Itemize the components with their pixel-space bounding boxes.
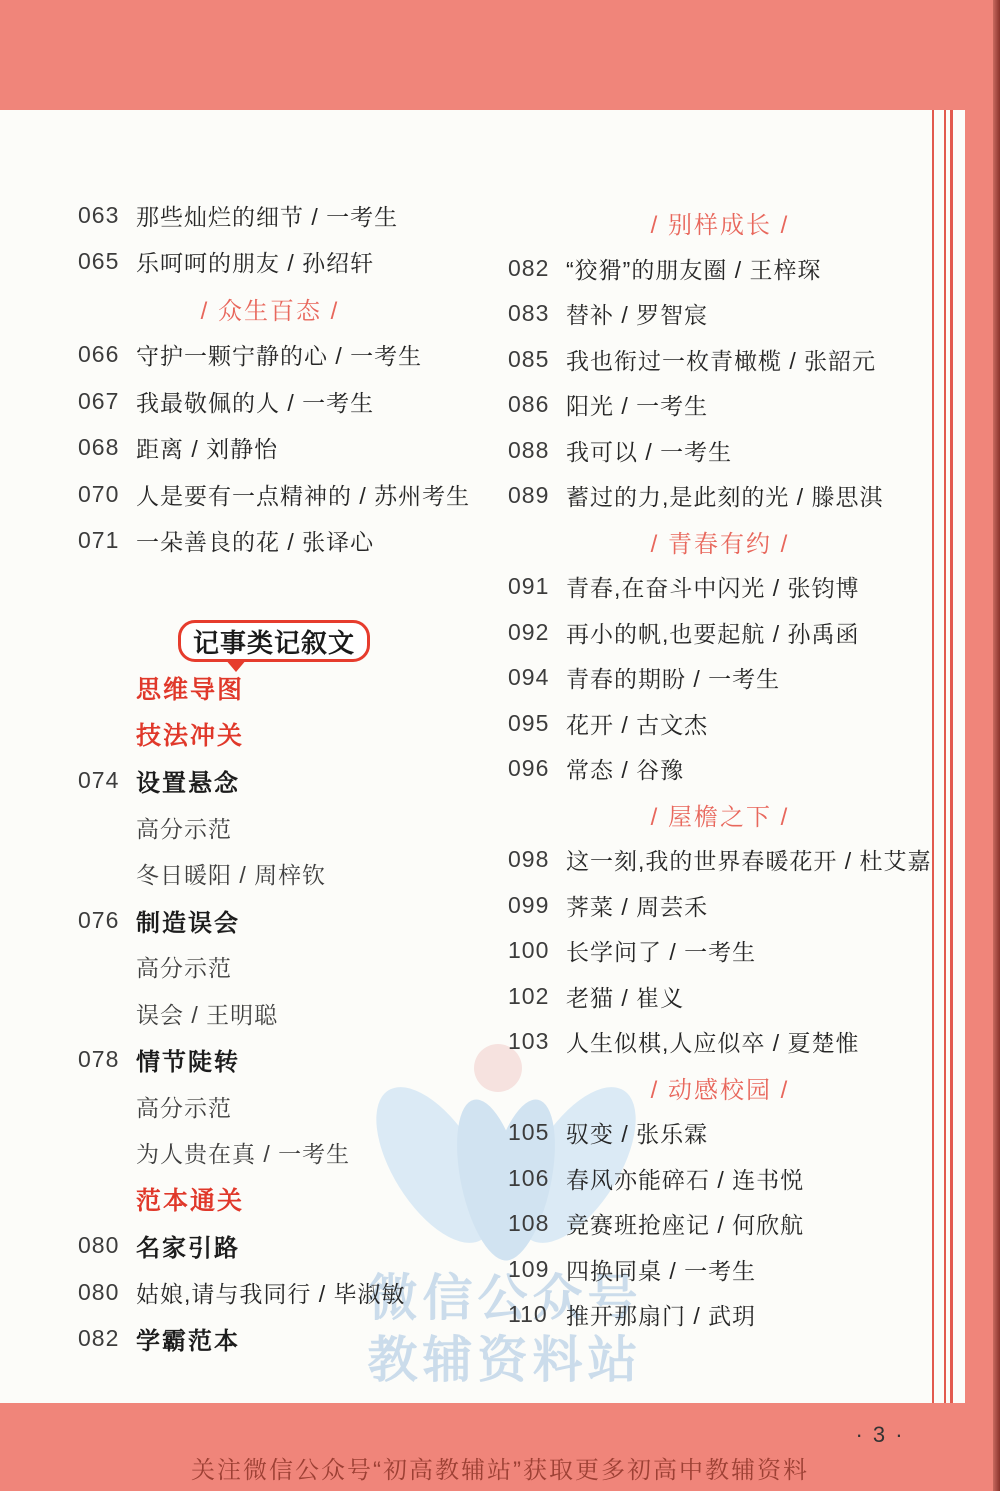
toc-entry-number: 089 xyxy=(508,482,560,509)
toc-entry-title: 我可以 / 一考生 xyxy=(566,434,732,467)
toc-entry: 083替补 / 罗智宸 xyxy=(495,291,945,337)
toc-section-header: / 屋檐之下 / xyxy=(495,792,945,838)
toc-entry-title: 竞赛班抢座记 / 何欣航 xyxy=(566,1207,804,1240)
toc-entry: 074设置悬念 xyxy=(60,758,480,805)
toc-subentry: 误会 / 王明聪 xyxy=(60,990,480,1037)
toc-entry-title: 守护一颗宁静的心 / 一考生 xyxy=(136,338,422,371)
toc-entry-number: 102 xyxy=(508,983,560,1010)
toc-subentry: 高分示范 xyxy=(60,804,480,851)
toc-entry-number: 096 xyxy=(508,755,560,782)
toc-entry-number: 108 xyxy=(508,1210,560,1237)
toc-entry-number: 105 xyxy=(508,1119,560,1146)
chapter-bubble-row: 记事类记叙文 xyxy=(60,618,480,665)
toc-subsection-label: 范本通关 xyxy=(60,1176,480,1223)
toc-entry: 067我最敬佩的人 / 一考生 xyxy=(60,378,480,425)
toc-entry-number: 067 xyxy=(78,388,130,415)
toc-entry-number: 078 xyxy=(78,1046,130,1073)
toc-entry: 078情节陡转 xyxy=(60,1037,480,1084)
toc-entry: 080姑娘,请与我同行 / 毕淑敏 xyxy=(60,1269,480,1316)
toc-entry-number: 086 xyxy=(508,391,560,418)
red-rule-line xyxy=(950,110,953,1403)
toc-entry: 071一朵善良的花 / 张译心 xyxy=(60,518,480,565)
bubble-pointer-icon xyxy=(225,659,247,672)
toc-subentry: 高分示范 xyxy=(60,944,480,991)
toc-entry-number: 098 xyxy=(508,846,560,873)
toc-subentry: 高分示范 xyxy=(60,1083,480,1130)
toc-entry-number: 095 xyxy=(508,710,560,737)
toc-entry-title: 青春的期盼 / 一考生 xyxy=(566,661,780,694)
page-number: · 3 · xyxy=(838,1422,922,1448)
toc-entry-title: 替补 / 罗智宸 xyxy=(566,297,708,330)
toc-entry-title: 春风亦能碎石 / 连书悦 xyxy=(566,1162,804,1195)
toc-entry: 109四换同桌 / 一考生 xyxy=(495,1247,945,1293)
toc-entry: 088我可以 / 一考生 xyxy=(495,428,945,474)
toc-entry-number: 068 xyxy=(78,434,130,461)
toc-entry-title: 人是要有一点精神的 / 苏州考生 xyxy=(136,478,470,511)
toc-entry-title: 这一刻,我的世界春暖花开 / 杜艾嘉 xyxy=(566,843,932,876)
toc-entry-title: “狡猾”的朋友圈 / 王梓琛 xyxy=(566,252,822,285)
toc-entry: 086阳光 / 一考生 xyxy=(495,382,945,428)
toc-entry: 103人生似棋,人应似卒 / 夏楚惟 xyxy=(495,1019,945,1065)
toc-entry-title: 荠菜 / 周芸禾 xyxy=(566,889,708,922)
toc-entry-number: 109 xyxy=(508,1256,560,1283)
toc-entry-title: 距离 / 刘静怡 xyxy=(136,431,278,464)
chapter-bubble-title: 记事类记叙文 xyxy=(193,623,355,660)
toc-entry-number: 091 xyxy=(508,573,560,600)
toc-entry-number: 092 xyxy=(508,619,560,646)
toc-entry: 110推开那扇门 / 武玥 xyxy=(495,1292,945,1338)
toc-subsection-label: 思维导图 xyxy=(60,665,480,712)
toc-entry-number: 082 xyxy=(78,1325,130,1352)
toc-section-header: / 众生百态 / xyxy=(60,285,480,332)
toc-entry-number: 088 xyxy=(508,437,560,464)
chapter-bubble: 记事类记叙文 xyxy=(178,620,370,662)
toc-entry-title: 阳光 / 一考生 xyxy=(566,388,708,421)
toc-entry-title: 我也衔过一枚青橄榄 / 张韶元 xyxy=(566,343,876,376)
toc-entry-number: 070 xyxy=(78,481,130,508)
toc-entry: 085我也衔过一枚青橄榄 / 张韶元 xyxy=(495,337,945,383)
toc-entry: 094青春的期盼 / 一考生 xyxy=(495,655,945,701)
toc-subentry: 为人贵在真 / 一考生 xyxy=(60,1130,480,1177)
toc-section-header: / 动感校园 / xyxy=(495,1065,945,1111)
toc-entry-number: 080 xyxy=(78,1232,130,1259)
toc-entry-number: 106 xyxy=(508,1165,560,1192)
toc-entry-title: 我最敬佩的人 / 一考生 xyxy=(136,385,374,418)
toc-entry: 096常态 / 谷豫 xyxy=(495,746,945,792)
toc-entry: 095花开 / 古文杰 xyxy=(495,701,945,747)
toc-entry-number: 071 xyxy=(78,527,130,554)
toc-entry-number: 094 xyxy=(508,664,560,691)
book-edge-strip xyxy=(993,0,1000,1491)
toc-entry-title: 再小的帆,也要起航 / 孙禹函 xyxy=(566,616,860,649)
toc-entry: 106春风亦能碎石 / 连书悦 xyxy=(495,1156,945,1202)
toc-entry: 089蓄过的力,是此刻的光 / 滕思淇 xyxy=(495,473,945,519)
toc-entry-title: 人生似棋,人应似卒 / 夏楚惟 xyxy=(566,1025,860,1058)
toc-entry: 100长学问了 / 一考生 xyxy=(495,928,945,974)
toc-entry: 108竞赛班抢座记 / 何欣航 xyxy=(495,1201,945,1247)
toc-entry-title: 推开那扇门 / 武玥 xyxy=(566,1298,756,1331)
toc-entry-title: 驭变 / 张乐霖 xyxy=(566,1116,708,1149)
toc-entry-title: 蓄过的力,是此刻的光 / 滕思淇 xyxy=(566,479,884,512)
toc-entry-title: 青春,在奋斗中闪光 / 张钧博 xyxy=(566,570,860,603)
toc-entry-title: 情节陡转 xyxy=(136,1042,240,1077)
toc-entry-number: 110 xyxy=(508,1301,560,1328)
toc-entry-number: 082 xyxy=(508,255,560,282)
toc-entry-number: 080 xyxy=(78,1279,130,1306)
toc-subentry: 冬日暖阳 / 周梓钦 xyxy=(60,851,480,898)
toc-entry-number: 066 xyxy=(78,341,130,368)
toc-entry-number: 103 xyxy=(508,1028,560,1055)
toc-entry: 102老猫 / 崔义 xyxy=(495,974,945,1020)
toc-entry-title: 制造误会 xyxy=(136,903,240,938)
toc-subsection-label: 技法冲关 xyxy=(60,711,480,758)
toc-entry-title: 花开 / 古文杰 xyxy=(566,707,708,740)
toc-entry-title: 老猫 / 崔义 xyxy=(566,980,684,1013)
toc-entry: 076制造误会 xyxy=(60,897,480,944)
toc-entry: 065乐呵呵的朋友 / 孙绍轩 xyxy=(60,239,480,286)
toc-section-header: / 别样成长 / xyxy=(495,200,945,246)
toc-entry: 098这一刻,我的世界春暖花开 / 杜艾嘉 xyxy=(495,837,945,883)
toc-entry-number: 074 xyxy=(78,767,130,794)
toc-entry-title: 学霸范本 xyxy=(136,1321,240,1356)
toc-entry-title: 姑娘,请与我同行 / 毕淑敏 xyxy=(136,1276,406,1309)
toc-entry: 070人是要有一点精神的 / 苏州考生 xyxy=(60,471,480,518)
toc-entry-title: 设置悬念 xyxy=(136,763,240,798)
toc-entry-number: 085 xyxy=(508,346,560,373)
toc-column-left: 063那些灿烂的细节 / 一考生065乐呵呵的朋友 / 孙绍轩/ 众生百态 /0… xyxy=(60,192,480,1362)
toc-entry-title: 乐呵呵的朋友 / 孙绍轩 xyxy=(136,245,374,278)
toc-entry-number: 076 xyxy=(78,907,130,934)
footer-note: 关注微信公众号“初高教辅站”获取更多初高中教辅资料 xyxy=(0,1450,1000,1485)
toc-entry: 092再小的帆,也要起航 / 孙禹函 xyxy=(495,610,945,656)
toc-entry: 068距离 / 刘静怡 xyxy=(60,425,480,472)
toc-entry: 105驭变 / 张乐霖 xyxy=(495,1110,945,1156)
toc-entry: 080名家引路 xyxy=(60,1223,480,1270)
toc-entry-number: 100 xyxy=(508,937,560,964)
toc-entry-number: 065 xyxy=(78,248,130,275)
toc-entry-number: 083 xyxy=(508,300,560,327)
toc-entry-number: 099 xyxy=(508,892,560,919)
toc-column-right: / 别样成长 /082“狡猾”的朋友圈 / 王梓琛083替补 / 罗智宸085我… xyxy=(495,200,945,1338)
toc-entry: 099荠菜 / 周芸禾 xyxy=(495,883,945,929)
toc-entry: 082“狡猾”的朋友圈 / 王梓琛 xyxy=(495,246,945,292)
toc-entry-title: 名家引路 xyxy=(136,1228,240,1263)
toc-entry-title: 常态 / 谷豫 xyxy=(566,752,684,785)
toc-entry-title: 一朵善良的花 / 张译心 xyxy=(136,524,374,557)
toc-entry: 066守护一颗宁静的心 / 一考生 xyxy=(60,332,480,379)
toc-entry-title: 长学问了 / 一考生 xyxy=(566,934,756,967)
book-page: 微信公众号 教辅资料站 063那些灿烂的细节 / 一考生065乐呵呵的朋友 / … xyxy=(0,0,1000,1491)
toc-entry-title: 四换同桌 / 一考生 xyxy=(566,1253,756,1286)
toc-entry: 063那些灿烂的细节 / 一考生 xyxy=(60,192,480,239)
toc-entry-number: 063 xyxy=(78,202,130,229)
toc-entry: 091青春,在奋斗中闪光 / 张钧博 xyxy=(495,564,945,610)
toc-section-header: / 青春有约 / xyxy=(495,519,945,565)
toc-entry-title: 那些灿烂的细节 / 一考生 xyxy=(136,199,398,232)
toc-entry: 082学霸范本 xyxy=(60,1316,480,1363)
